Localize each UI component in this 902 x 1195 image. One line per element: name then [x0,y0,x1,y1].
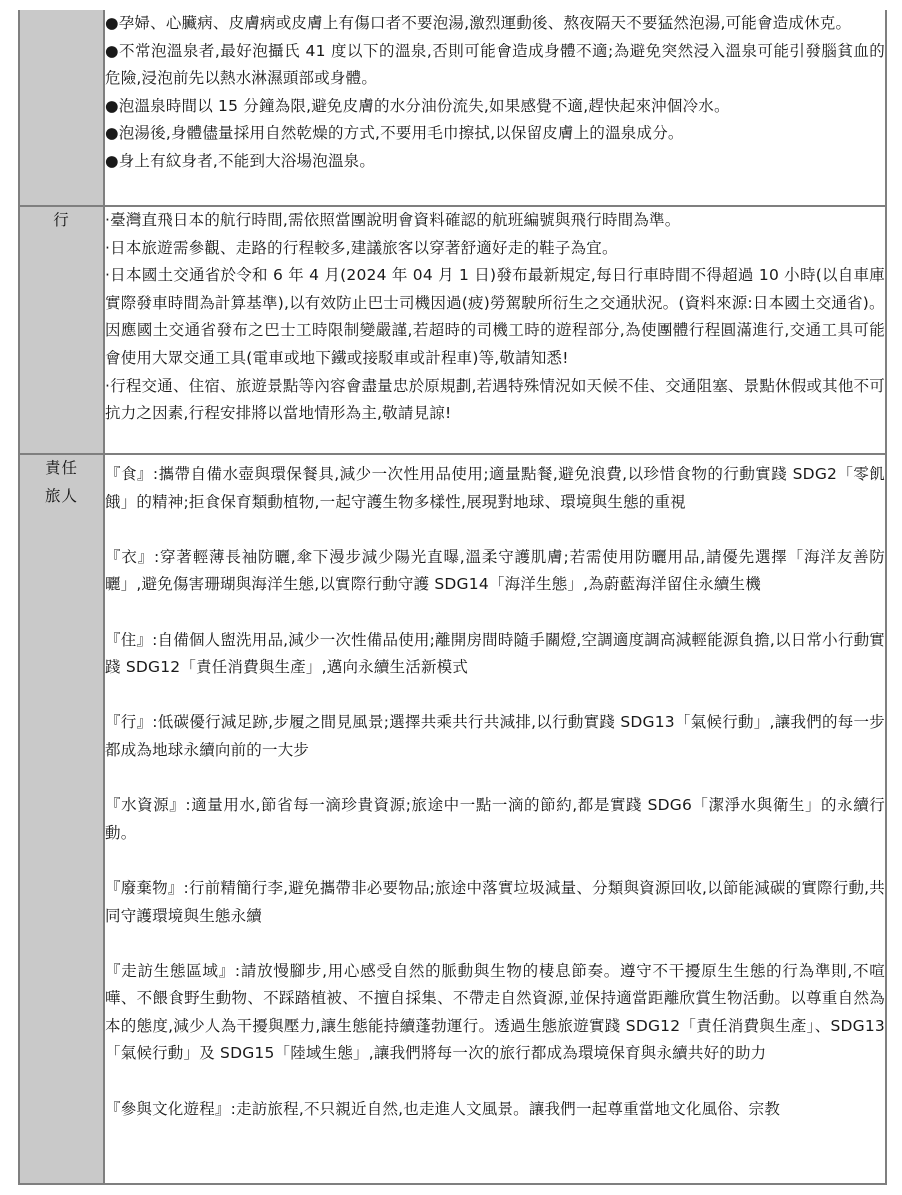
paragraph: 『走訪生態區域』:請放慢腳步,用心感受自然的脈動與生物的棲息節奏。遵守不干擾原生… [105,958,885,1068]
paragraph: 『廢棄物』:行前精簡行李,避免攜帶非必要物品;旅途中落實垃圾減量、分類與資源回收… [105,875,885,930]
row-content-transport: ·臺灣直飛日本的航行時間,需依照當團說明會資料確認的航班編號與飛行時間為準。·日… [104,206,886,454]
paragraph: 『食』:攜帶自備水壺與環保餐具,減少一次性用品使用;適量點餐,避免浪費,以珍惜食… [105,461,885,516]
paragraph: 『住』:自備個人盥洗用品,減少一次性備品使用;離開房間時隨手關燈,空調適度調高減… [105,627,885,682]
table-row-onsen-notes: ●孕婦、心臟病、皮膚病或皮膚上有傷口者不要泡湯,激烈運動後、熬夜隔天不要猛然泡湯… [19,10,886,206]
paragraph: 『水資源』:適量用水,節省每一滴珍貴資源;旅途中一點一滴的節約,都是實踐 SDG… [105,792,885,847]
paragraph: ●不常泡溫泉者,最好泡攝氏 41 度以下的溫泉,否則可能會造成身體不適;為避免突… [105,38,885,93]
paragraph: 『衣』:穿著輕薄長袖防曬,傘下漫步減少陽光直曝,溫柔守護肌膚;若需使用防曬用品,… [105,544,885,599]
paragraph: ·臺灣直飛日本的航行時間,需依照當團說明會資料確認的航班編號與飛行時間為準。 [105,207,885,235]
document-page: ●孕婦、心臟病、皮膚病或皮膚上有傷口者不要泡湯,激烈運動後、熬夜隔天不要猛然泡湯… [0,0,902,1195]
paragraph: ●身上有紋身者,不能到大浴場泡溫泉。 [105,148,885,176]
table-row-responsible-traveler: 責任 旅人 『食』:攜帶自備水壺與環保餐具,減少一次性用品使用;適量點餐,避免浪… [19,454,886,1184]
row-label-onsen [19,10,104,206]
itinerary-notes-table: ●孕婦、心臟病、皮膚病或皮膚上有傷口者不要泡湯,激烈運動後、熬夜隔天不要猛然泡湯… [18,10,887,1185]
paragraph: ●泡湯後,身體儘量採用自然乾燥的方式,不要用毛巾擦拭,以保留皮膚上的溫泉成分。 [105,120,885,148]
paragraph: ●泡溫泉時間以 15 分鐘為限,避免皮膚的水分油份流失,如果感覺不適,趕快起來沖… [105,93,885,121]
table-row-transport: 行 ·臺灣直飛日本的航行時間,需依照當團說明會資料確認的航班編號與飛行時間為準。… [19,206,886,454]
paragraph: ·行程交通、住宿、旅遊景點等內容會盡量忠於原規劃,若遇特殊情況如天候不佳、交通阻… [105,373,885,428]
row-label-transport: 行 [19,206,104,454]
row-content-onsen: ●孕婦、心臟病、皮膚病或皮膚上有傷口者不要泡湯,激烈運動後、熬夜隔天不要猛然泡湯… [104,10,886,206]
paragraph: 『參與文化遊程』:走訪旅程,不只親近自然,也走進人文風景。讓我們一起尊重當地文化… [105,1096,885,1124]
row-content-responsible-traveler: 『食』:攜帶自備水壺與環保餐具,減少一次性用品使用;適量點餐,避免浪費,以珍惜食… [104,454,886,1184]
paragraph: ●孕婦、心臟病、皮膚病或皮膚上有傷口者不要泡湯,激烈運動後、熬夜隔天不要猛然泡湯… [105,10,885,38]
row-label-responsible-traveler: 責任 旅人 [19,454,104,1184]
paragraph: 因應國土交通省發布之巴士工時限制變嚴謹,若超時的司機工時的遊程部分,為使團體行程… [105,317,885,372]
paragraph: ·日本旅遊需參觀、走路的行程較多,建議旅客以穿著舒適好走的鞋子為宜。 [105,235,885,263]
paragraph: ·日本國土交通省於令和 6 年 4 月(2024 年 04 月 1 日)發布最新… [105,262,885,317]
paragraph: 『行』:低碳優行減足跡,步履之間見風景;選擇共乘共行共減排,以行動實踐 SDG1… [105,709,885,764]
